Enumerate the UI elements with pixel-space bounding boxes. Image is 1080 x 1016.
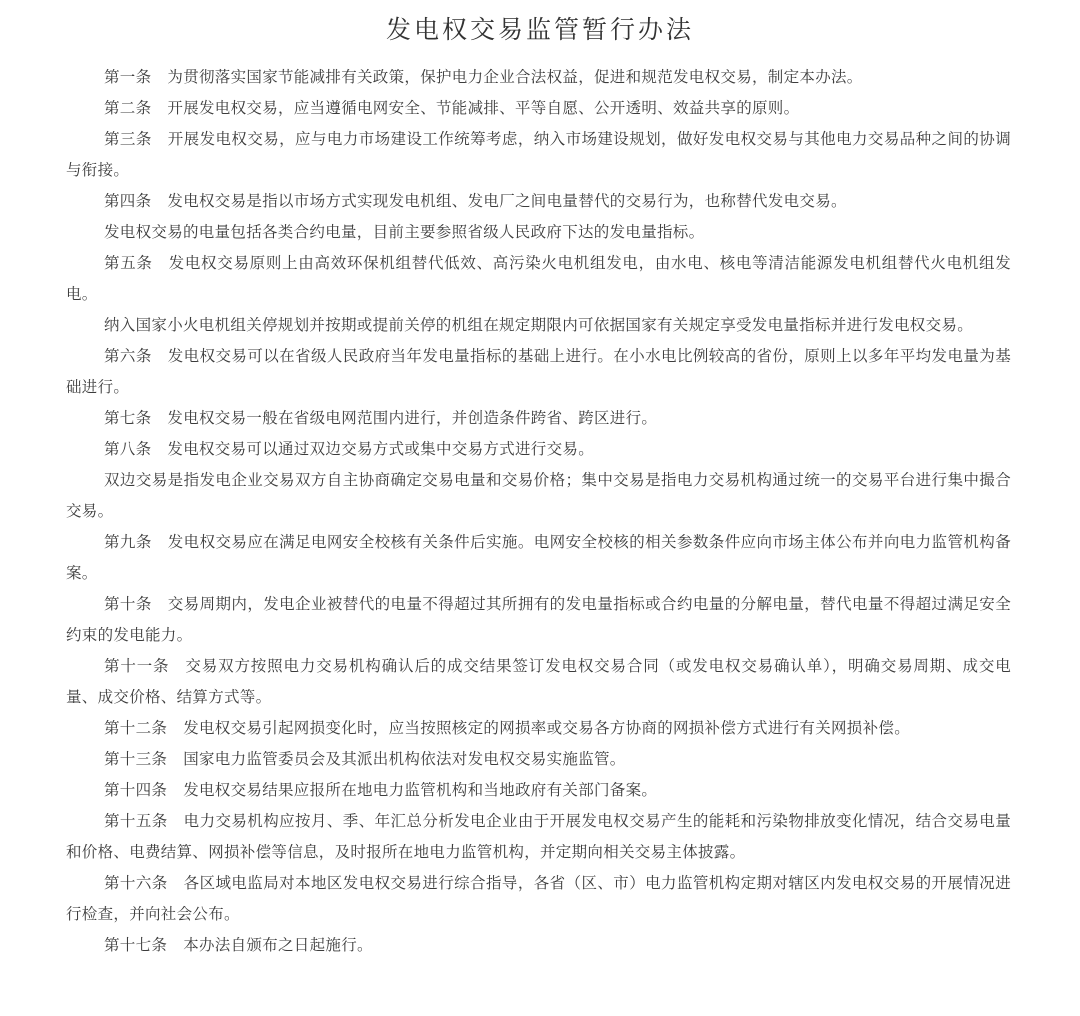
document-title: 发电权交易监管暂行办法 xyxy=(0,12,1080,48)
article-text: 国家电力监管委员会及其派出机构依法对发电权交易实施监管。 xyxy=(183,750,625,768)
article-5-clause-2: 纳入国家小火电机组关停规划并按期或提前关停的机组在规定期限内可依据国家有关规定享… xyxy=(66,310,1011,341)
article-14: 第十四条发电权交易结果应报所在地电力监管机构和当地政府有关部门备案。 xyxy=(66,775,1011,806)
article-12: 第十二条发电权交易引起网损变化时，应当按照核定的网损率或交易各方协商的网损补偿方… xyxy=(66,713,1011,744)
article-text: 开展发电权交易，应当遵循电网安全、节能减排、平等自愿、公开透明、效益共享的原则。 xyxy=(167,99,799,117)
article-2: 第二条开展发电权交易，应当遵循电网安全、节能减排、平等自愿、公开透明、效益共享的… xyxy=(66,93,1011,124)
article-text: 发电权交易可以通过双边交易方式或集中交易方式进行交易。 xyxy=(167,440,594,458)
article-text: 为贯彻落实国家节能减排有关政策，保护电力企业合法权益，促进和规范发电权交易，制定… xyxy=(167,68,862,86)
article-16: 第十六条各区域电监局对本地区发电权交易进行综合指导，各省（区、市）电力监管机构定… xyxy=(66,868,1011,930)
article-label: 第十三条 xyxy=(104,750,167,768)
article-text: 本办法自颁布之日起施行。 xyxy=(183,936,373,954)
article-label: 第六条 xyxy=(104,347,152,365)
article-11: 第十一条交易双方按照电力交易机构确认后的成交结果签订发电权交易合同（或发电权交易… xyxy=(66,651,1011,713)
article-label: 第八条 xyxy=(104,440,151,458)
article-text: 电力交易机构应按月、季、年汇总分析发电企业由于开展发电权交易产生的能耗和污染物排… xyxy=(66,812,1011,861)
article-text: 交易周期内，发电企业被替代的电量不得超过其所拥有的发电量指标或合约电量的分解电量… xyxy=(66,595,1011,644)
article-label: 第七条 xyxy=(104,409,151,427)
article-9: 第九条发电权交易应在满足电网安全校核有关条件后实施。电网安全校核的相关参数条件应… xyxy=(66,527,1011,589)
article-4: 第四条发电权交易是指以市场方式实现发电机组、发电厂之间电量替代的交易行为，也称替… xyxy=(66,186,1011,217)
article-label: 第二条 xyxy=(104,99,151,117)
article-7: 第七条发电权交易一般在省级电网范围内进行，并创造条件跨省、跨区进行。 xyxy=(66,403,1011,434)
article-text: 双边交易是指发电企业交易双方自主协商确定交易电量和交易价格；集中交易是指电力交易… xyxy=(66,471,1011,520)
article-17: 第十七条本办法自颁布之日起施行。 xyxy=(66,930,1011,961)
article-text: 发电权交易引起网损变化时，应当按照核定的网损率或交易各方协商的网损补偿方式进行有… xyxy=(183,719,910,737)
article-label: 第九条 xyxy=(104,533,152,551)
article-6: 第六条发电权交易可以在省级人民政府当年发电量指标的基础上进行。在小水电比例较高的… xyxy=(66,341,1011,403)
article-13: 第十三条国家电力监管委员会及其派出机构依法对发电权交易实施监管。 xyxy=(66,744,1011,775)
article-text: 发电权交易的电量包括各类合约电量，目前主要参照省级人民政府下达的发电量指标。 xyxy=(104,223,704,241)
article-label: 第十条 xyxy=(104,595,152,613)
document-body: 第一条为贯彻落实国家节能减排有关政策，保护电力企业合法权益，促进和规范发电权交易… xyxy=(66,62,1011,961)
article-text: 发电权交易结果应报所在地电力监管机构和当地政府有关部门备案。 xyxy=(183,781,657,799)
article-label: 第四条 xyxy=(104,192,151,210)
article-label: 第十一条 xyxy=(104,657,169,675)
article-label: 第十五条 xyxy=(104,812,168,830)
document-page: 发电权交易监管暂行办法 第一条为贯彻落实国家节能减排有关政策，保护电力企业合法权… xyxy=(0,0,1080,1016)
article-15: 第十五条电力交易机构应按月、季、年汇总分析发电企业由于开展发电权交易产生的能耗和… xyxy=(66,806,1011,868)
article-text: 交易双方按照电力交易机构确认后的成交结果签订发电权交易合同（或发电权交易确认单）… xyxy=(66,657,1011,706)
article-1: 第一条为贯彻落实国家节能减排有关政策，保护电力企业合法权益，促进和规范发电权交易… xyxy=(66,62,1011,93)
article-8-clause-2: 双边交易是指发电企业交易双方自主协商确定交易电量和交易价格；集中交易是指电力交易… xyxy=(66,465,1011,527)
article-text: 发电权交易一般在省级电网范围内进行，并创造条件跨省、跨区进行。 xyxy=(167,409,657,427)
article-text: 发电权交易应在满足电网安全校核有关条件后实施。电网安全校核的相关参数条件应向市场… xyxy=(66,533,1011,582)
article-text: 开展发电权交易，应与电力市场建设工作统筹考虑，纳入市场建设规划，做好发电权交易与… xyxy=(66,130,1011,179)
article-8: 第八条发电权交易可以通过双边交易方式或集中交易方式进行交易。 xyxy=(66,434,1011,465)
article-label: 第五条 xyxy=(104,254,153,272)
article-10: 第十条交易周期内，发电企业被替代的电量不得超过其所拥有的发电量指标或合约电量的分… xyxy=(66,589,1011,651)
article-label: 第十四条 xyxy=(104,781,167,799)
article-text: 发电权交易可以在省级人民政府当年发电量指标的基础上进行。在小水电比例较高的省份，… xyxy=(66,347,1011,396)
article-text: 各区域电监局对本地区发电权交易进行综合指导，各省（区、市）电力监管机构定期对辖区… xyxy=(66,874,1011,923)
article-label: 第十二条 xyxy=(104,719,167,737)
article-text: 纳入国家小火电机组关停规划并按期或提前关停的机组在规定期限内可依据国家有关规定享… xyxy=(104,316,973,334)
article-label: 第一条 xyxy=(104,68,151,86)
article-text: 发电权交易是指以市场方式实现发电机组、发电厂之间电量替代的交易行为，也称替代发电… xyxy=(167,192,846,210)
article-text: 发电权交易原则上由高效环保机组替代低效、高污染火电机组发电，由水电、核电等清洁能… xyxy=(66,254,1011,303)
article-label: 第三条 xyxy=(104,130,152,148)
article-4-clause-2: 发电权交易的电量包括各类合约电量，目前主要参照省级人民政府下达的发电量指标。 xyxy=(66,217,1011,248)
article-label: 第十六条 xyxy=(104,874,168,892)
article-label: 第十七条 xyxy=(104,936,167,954)
article-3: 第三条开展发电权交易，应与电力市场建设工作统筹考虑，纳入市场建设规划，做好发电权… xyxy=(66,124,1011,186)
article-5: 第五条发电权交易原则上由高效环保机组替代低效、高污染火电机组发电，由水电、核电等… xyxy=(66,248,1011,310)
